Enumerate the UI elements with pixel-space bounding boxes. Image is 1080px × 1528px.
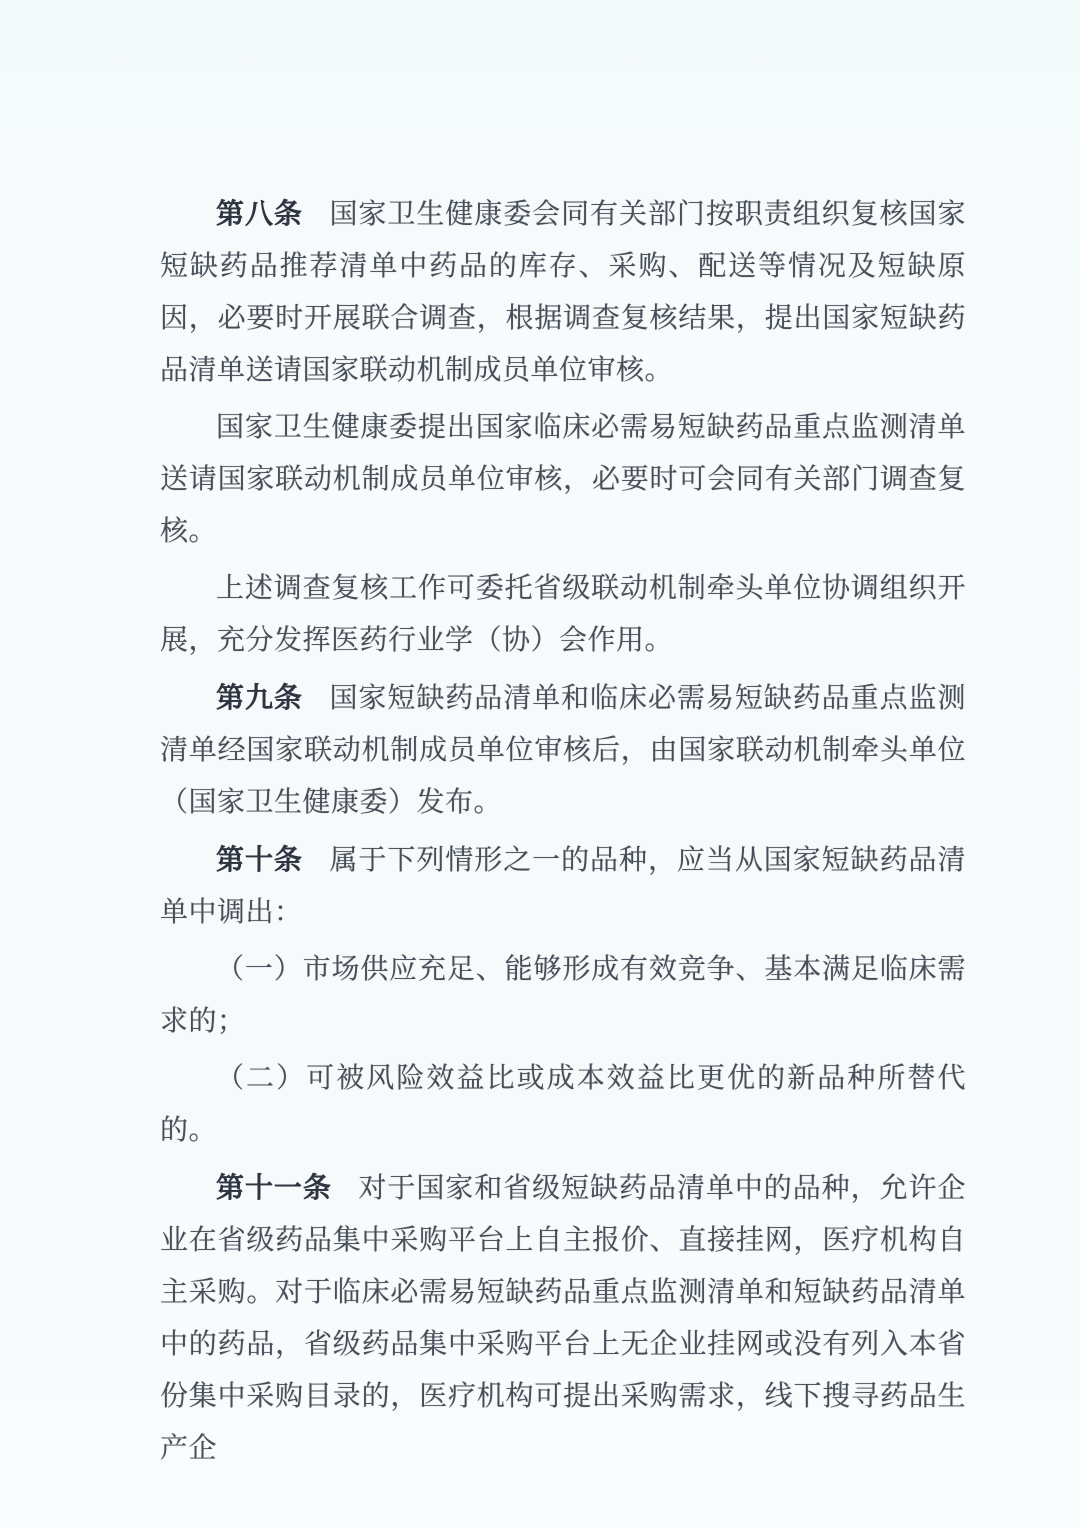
paragraph-article-8-clause-3: 上述调查复核工作可委托省级联动机制牵头单位协调组织开展，充分发挥医药行业学（协）… — [160, 563, 966, 667]
paragraph-article-10: 第十条属于下列情形之一的品种，应当从国家短缺药品清单中调出： — [160, 834, 966, 939]
paragraph-article-10-item-2: （二）可被风险效益比或成本效益比更优的新品种所替代的。 — [160, 1053, 966, 1157]
article-11-number-label: 第十一条 — [216, 1172, 332, 1203]
paragraph-article-9: 第九条国家短缺药品清单和临床必需易短缺药品重点监测清单经国家联动机制成员单位审核… — [160, 672, 966, 829]
paragraph-text: （二）可被风险效益比或成本效益比更优的新品种所替代的。 — [160, 1063, 966, 1146]
article-9-number-label: 第九条 — [216, 682, 303, 713]
paragraph-text: （一）市场供应充足、能够形成有效竞争、基本满足临床需求的； — [160, 954, 966, 1037]
paragraph-text: 国家卫生健康委提出国家临床必需易短缺药品重点监测清单送请国家联动机制成员单位审核… — [160, 412, 966, 547]
article-8-number-label: 第八条 — [216, 198, 303, 229]
paragraph-article-8-clause-2: 国家卫生健康委提出国家临床必需易短缺药品重点监测清单送请国家联动机制成员单位审核… — [160, 402, 966, 558]
document-body: 第八条国家卫生健康委会同有关部门按职责组织复核国家短缺药品推荐清单中药品的库存、… — [160, 188, 966, 1480]
scanned-document-page: 第八条国家卫生健康委会同有关部门按职责组织复核国家短缺药品推荐清单中药品的库存、… — [0, 0, 1080, 1528]
paragraph-article-8: 第八条国家卫生健康委会同有关部门按职责组织复核国家短缺药品推荐清单中药品的库存、… — [160, 188, 966, 397]
page-bottom-margin — [0, 1376, 1080, 1528]
paragraph-text: 上述调查复核工作可委托省级联动机制牵头单位协调组织开展，充分发挥医药行业学（协）… — [160, 573, 966, 656]
paragraph-article-10-item-1: （一）市场供应充足、能够形成有效竞争、基本满足临床需求的； — [160, 944, 966, 1048]
article-10-number-label: 第十条 — [216, 844, 303, 875]
